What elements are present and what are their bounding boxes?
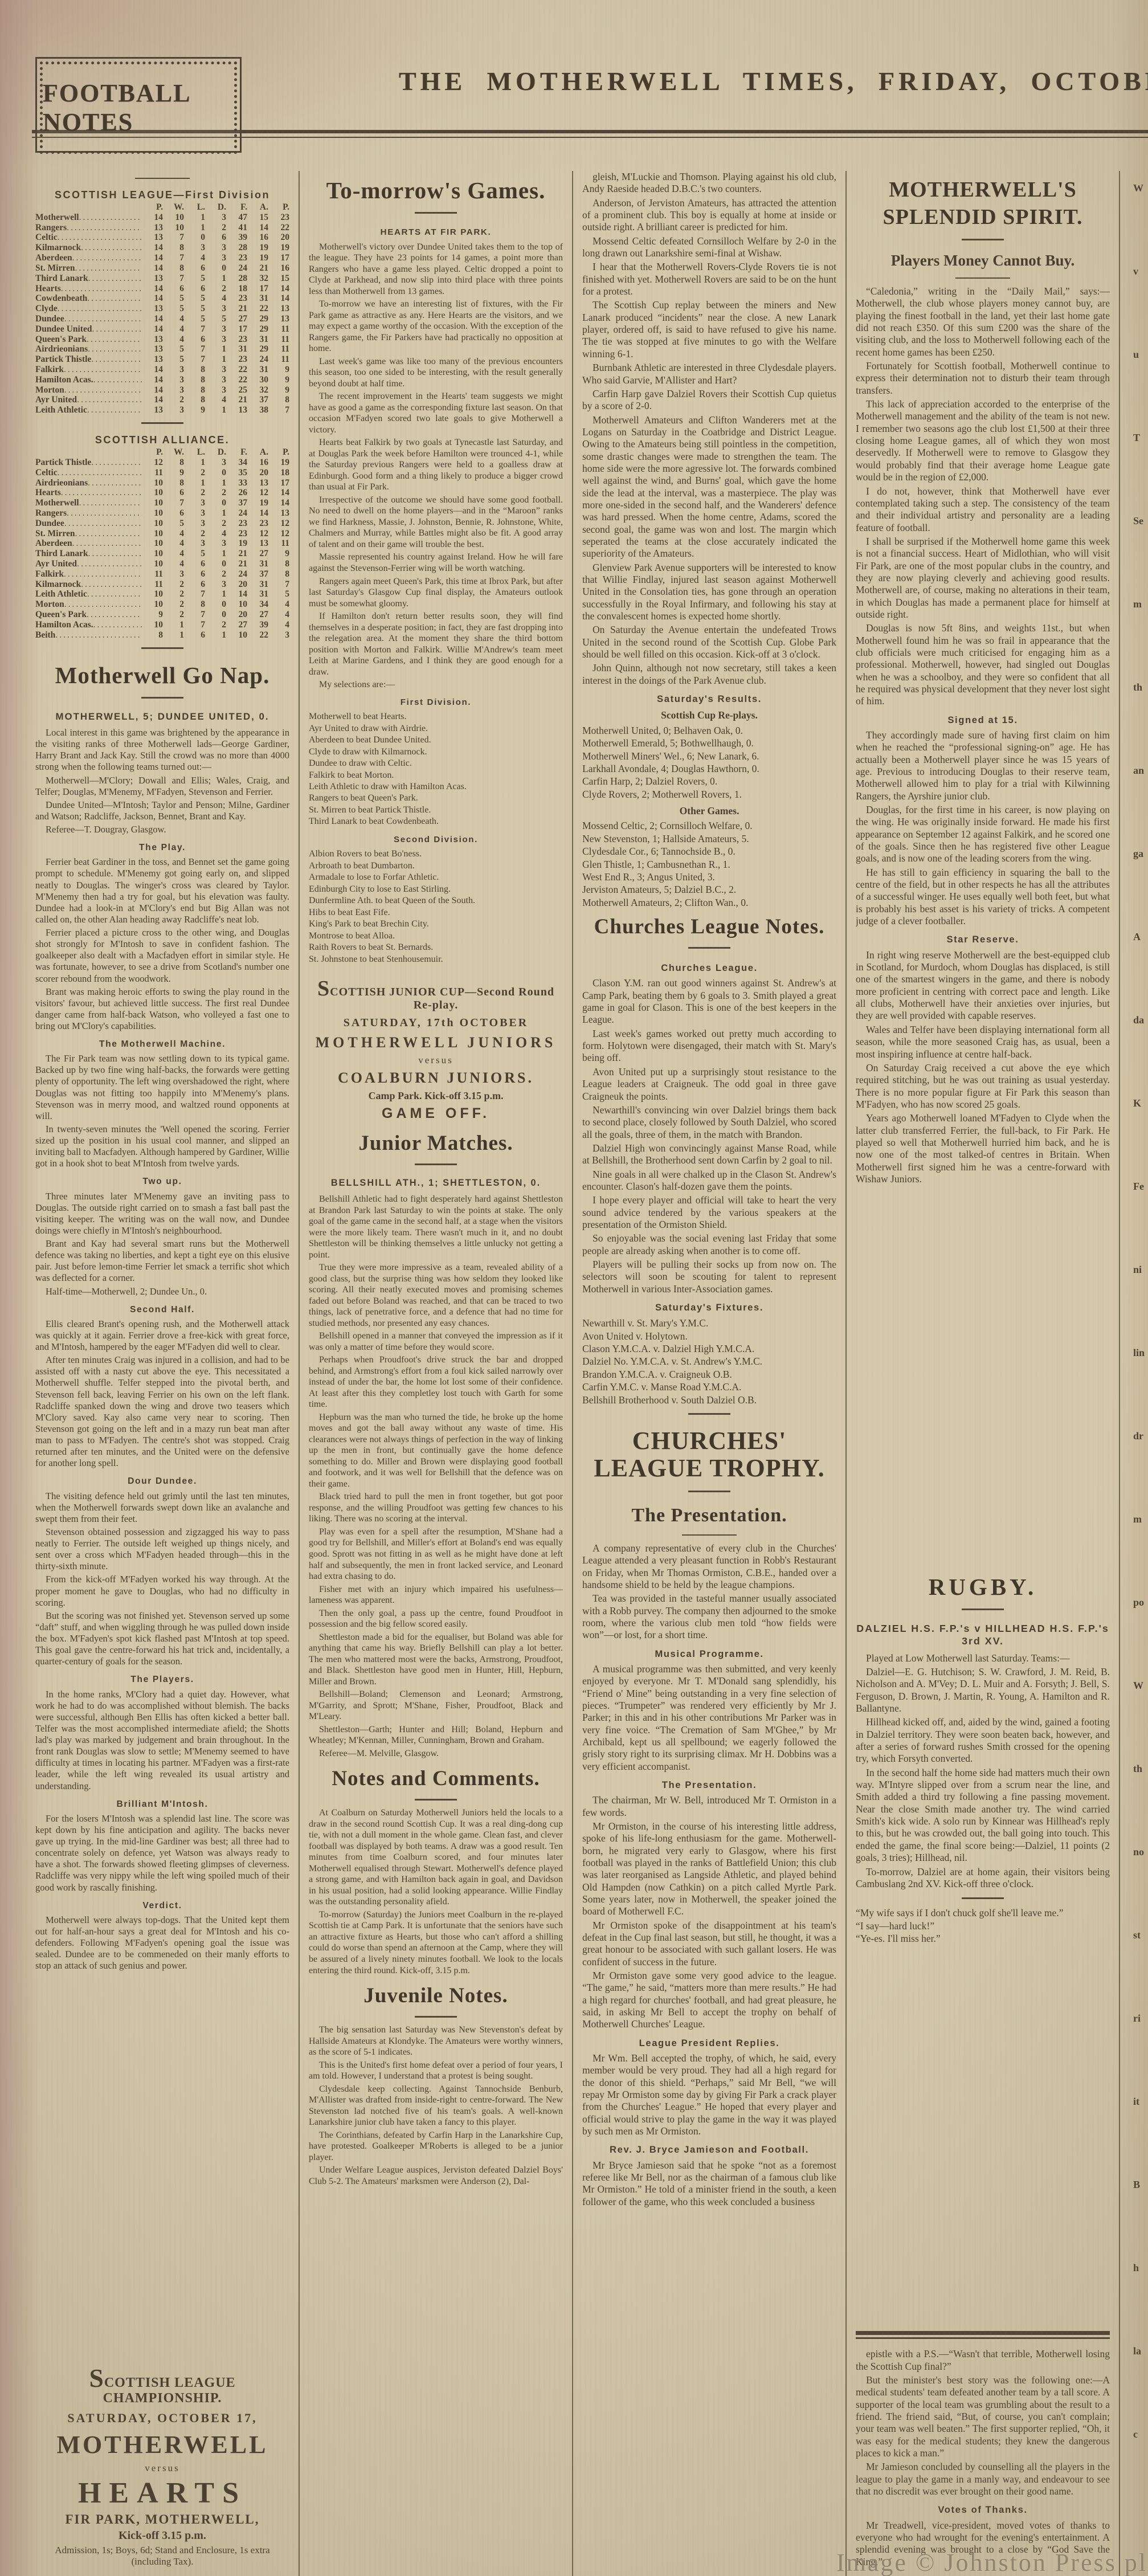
points: 8: [268, 395, 289, 405]
column-header: F.: [226, 447, 247, 458]
lost: 6: [184, 263, 205, 273]
table-row: Leith Athletic1027114315: [35, 589, 289, 599]
text-block: In right wing reserve Motherwell are the…: [856, 949, 1110, 1022]
text-block: Signed at 15.: [856, 715, 1110, 726]
points: 11: [268, 538, 289, 549]
section-header: Notes and Comments.: [309, 1766, 563, 1791]
table-row: Hearts14662181714: [35, 284, 289, 294]
goals-for: 23: [226, 334, 247, 345]
table-row: Ayr United1046021318: [35, 559, 289, 569]
report-block: Half-time—Motherwell, 2; Dundee Un., 0.: [35, 1286, 289, 1297]
goals-against: 31: [247, 589, 268, 599]
edge-fragment: W: [1131, 1680, 1148, 1763]
report-block: The Play.: [35, 842, 289, 853]
played: 14: [142, 213, 163, 223]
goals-against: 32: [247, 385, 268, 395]
edge-fragment: st: [1131, 1929, 1148, 2012]
goals-against: 31: [247, 293, 268, 304]
advert-versus: versus: [35, 2463, 289, 2474]
text-block: To-morrow, Dalziel are at home again, th…: [856, 1866, 1110, 1891]
report-block: Two up.: [35, 1176, 289, 1187]
won: 1: [163, 630, 184, 640]
text-block: Newarthill's convincing win over Dalziel…: [582, 1104, 836, 1141]
text-block: Motherwell to beat Hearts.: [309, 711, 563, 722]
text-block: “My wife says if I don't chuck golf she'…: [856, 1907, 1110, 1919]
drawn: 1: [205, 630, 226, 640]
won: 3: [163, 405, 184, 415]
edge-fragment: th: [1131, 1763, 1148, 1846]
table-row: Queen's Park927020274: [35, 610, 289, 620]
text-block: epistle with a P.S.—“Wasn't that terribl…: [856, 2348, 1110, 2373]
table-row: Hamilton Acas.1017227394: [35, 620, 289, 630]
table-row: Motherwell10730371914: [35, 498, 289, 508]
text-block: Referee—M. Melville, Glasgow.: [309, 1748, 563, 1759]
won: 3: [163, 375, 184, 385]
text-block: New Stevenston, 1; Hallside Amateurs, 5.: [582, 832, 836, 845]
team-name: Falkirk: [35, 365, 64, 375]
report-block: Brant and Kay had several smart runs but…: [35, 1238, 289, 1284]
text-block: Motherwell Miners' Wel., 6; New Lanark, …: [582, 750, 836, 762]
text-block: Motherwell Emerald, 5; Bothwellhaugh, 0.: [582, 737, 836, 749]
table-row: Rangers10631241413: [35, 508, 289, 519]
report-block: Ferrier placed a picture cross to the ot…: [35, 927, 289, 985]
divider: [141, 647, 183, 649]
won: 3: [163, 569, 184, 579]
text-block: Shettleston—Garth; Hunter and Hill; Bola…: [309, 1724, 563, 1746]
section-subhead: HEARTS AT FIR PARK.: [309, 227, 563, 238]
goals-for: 22: [226, 365, 247, 375]
lost: 1: [184, 478, 205, 488]
table-row: Hearts10622261214: [35, 488, 289, 498]
played: 10: [142, 508, 163, 519]
points: 7: [268, 405, 289, 415]
points: 14: [268, 498, 289, 508]
report-block: From the kick-off M'Fadyen worked his wa…: [35, 1574, 289, 1608]
drawn: 0: [205, 610, 226, 620]
table-row: Celtic13706391620: [35, 232, 289, 243]
section-subheader: The Presentation.: [582, 1505, 836, 1526]
text-block: Wales and Telfer have been displaying in…: [856, 1024, 1110, 1060]
edge-fragment: T: [1131, 432, 1148, 515]
column-header: L.: [184, 202, 205, 213]
won: 7: [163, 498, 184, 508]
dot-leader: [64, 314, 142, 324]
goals-against: 17: [247, 284, 268, 294]
team-name: Hearts: [35, 284, 61, 294]
advert-home-team: MOTHERWELL: [35, 2430, 289, 2459]
won: 2: [163, 589, 184, 599]
table-row: Third Lanark1045121279: [35, 549, 289, 559]
text-block: Fisher met with an injury which impaired…: [309, 1584, 563, 1606]
text-block: Played at Low Motherwell last Saturday. …: [856, 1652, 1110, 1664]
won: 2: [163, 610, 184, 620]
text-block: This is the United's first home defeat o…: [309, 2060, 563, 2082]
played: 14: [142, 293, 163, 304]
report-block: In the home ranks, M'Clory had a quiet d…: [35, 1689, 289, 1792]
drawn: 3: [205, 385, 226, 395]
points: 11: [268, 324, 289, 334]
drawn: 3: [205, 213, 226, 223]
dot-leader: [93, 620, 142, 630]
goals-for: 33: [226, 478, 247, 488]
won: 4: [163, 529, 184, 539]
text-block: King's Park to beat Brechin City.: [309, 918, 563, 930]
text-block: Bellshill Athletic had to fight desperat…: [309, 1194, 563, 1260]
text-block: Motherwell's victory over Dundee United …: [309, 242, 563, 297]
goals-against: 29: [247, 324, 268, 334]
points: 14: [268, 284, 289, 294]
played: 10: [142, 488, 163, 498]
text-block: [962, 1897, 1004, 1899]
divider: [415, 1799, 457, 1801]
won: 5: [163, 519, 184, 529]
football-notes-border: FOOTBALL NOTES: [40, 62, 237, 154]
goals-against: 23: [247, 519, 268, 529]
drawn: 0: [205, 468, 226, 478]
goals-against: 19: [247, 253, 268, 263]
text-block: West End R., 3; Angus United, 3.: [582, 871, 836, 883]
text-block: Dalziel High won convincingly against Ma…: [582, 1142, 836, 1167]
advert-venue: FIR PARK, MOTHERWELL,: [35, 2512, 289, 2527]
dot-leader: [88, 344, 142, 354]
drawn: 1: [205, 508, 226, 519]
goals-for: 27: [226, 620, 247, 630]
divider: [415, 2016, 457, 2018]
text-block: Mr Ormiston, in the course of his intere…: [582, 1820, 836, 1918]
column-rule-4: [1119, 171, 1120, 2576]
divider: [688, 1491, 730, 1492]
team-name: Celtic: [35, 232, 58, 243]
text-block: Star Reserve.: [856, 934, 1110, 945]
won: 4: [163, 334, 184, 345]
drawn: 3: [205, 334, 226, 345]
text-block: Aberdeen to beat Dundee United.: [309, 734, 563, 746]
won: 5: [163, 293, 184, 304]
lost: 8: [184, 599, 205, 610]
table-row: Ayr United1428421378: [35, 395, 289, 405]
report-block: Stevenson obtained possession and zigzag…: [35, 1526, 289, 1573]
text-block: Clyde Rovers, 2; Motherwell Rovers, 1.: [582, 788, 836, 801]
divider: [141, 697, 183, 699]
masthead-title: THE MOTHERWELL TIMES, FRIDAY, OCTOBER 1,…: [399, 66, 1148, 96]
lost: 7: [184, 354, 205, 365]
text-block: The Scottish Cup replay between the mine…: [582, 299, 836, 360]
dot-leader: [91, 458, 142, 468]
scan-watermark: Image © Johnston Press plc: [836, 2548, 1148, 2576]
goals-for: 10: [226, 599, 247, 610]
drawn: 2: [205, 569, 226, 579]
won: 5: [163, 304, 184, 314]
text-block: Bellshill Brotherhood v. South Dalziel O…: [582, 1394, 836, 1406]
table-row: Kilmarnock1126320317: [35, 579, 289, 590]
points: 15: [268, 273, 289, 284]
drawn: 1: [205, 344, 226, 354]
lost: 3: [184, 243, 205, 253]
column-header: W.: [163, 447, 184, 458]
table-row: Dundee10532232312: [35, 519, 289, 529]
table-row: Queen's Park13463233111: [35, 334, 289, 345]
goals-against: 16: [247, 458, 268, 468]
table-row: Leith Athletic1339113387: [35, 405, 289, 415]
goals-for: 21: [226, 395, 247, 405]
played: 11: [142, 569, 163, 579]
points: 18: [268, 468, 289, 478]
played: 12: [142, 458, 163, 468]
lost: 3: [184, 519, 205, 529]
lost: 8: [184, 375, 205, 385]
goals-against: 19: [247, 243, 268, 253]
advert-date: SATURDAY, OCTOBER 17,: [35, 2411, 289, 2426]
dot-leader: [55, 630, 142, 640]
lost: 9: [184, 405, 205, 415]
dot-leader: [77, 559, 142, 569]
text-block: Perhaps when Proudfoot's drive struck th…: [309, 1354, 563, 1410]
text-block: On Saturday Craig received a cut above t…: [856, 1062, 1110, 1111]
lost: 7: [184, 610, 205, 620]
lost: 5: [184, 549, 205, 559]
column-football-notes: SCOTTISH LEAGUE—First Division P.W.L.D.F…: [35, 171, 289, 2570]
text-block: Saturday's Results.: [582, 693, 836, 705]
won: 3: [163, 365, 184, 375]
goals-for: 24: [226, 508, 247, 519]
played: 13: [142, 223, 163, 233]
edge-fragment: po: [1131, 1597, 1148, 1680]
text-block: Avon United put up a surprisingly stout …: [582, 1066, 836, 1103]
played: 13: [142, 354, 163, 365]
text-block: Mossend Celtic defeated Cornsilloch Welf…: [582, 235, 836, 260]
text-block: Larkhall Avondale, 4; Douglas Hawthorn, …: [582, 762, 836, 775]
lost: 8: [184, 365, 205, 375]
team-name: Ayr United: [35, 559, 77, 569]
section-subhead: Players Money Cannot Buy.: [856, 252, 1110, 270]
text-block: Mr Bryce Jamieson said that he spoke “no…: [582, 2159, 836, 2208]
edge-fragment: B: [1131, 2179, 1148, 2262]
goals-against: 30: [247, 375, 268, 385]
text-block: Clason Y.M.C.A. v. Dalziel High Y.M.C.A.: [582, 1342, 836, 1355]
won: 8: [163, 458, 184, 468]
dot-leader: [75, 529, 142, 539]
text-block: St. Johnstone to beat Stenhousemuir.: [309, 954, 563, 965]
team-name: Airdrieonians: [35, 344, 88, 354]
played: 14: [142, 243, 163, 253]
section-header: To-morrow's Games.: [309, 177, 563, 204]
column-rule-3: [845, 171, 847, 2576]
dot-leader: [79, 498, 142, 508]
goals-against: 38: [247, 405, 268, 415]
played: 10: [142, 620, 163, 630]
goals-for: 35: [226, 468, 247, 478]
text-block: Dalziel—E. G. Hutchison; S. W. Crawford,…: [856, 1666, 1110, 1714]
football-notes-box: FOOTBALL NOTES: [35, 57, 242, 153]
text-block: Scottish Cup Re-plays.: [582, 709, 836, 721]
lost: 2: [184, 468, 205, 478]
goals-for: 41: [226, 223, 247, 233]
points: 16: [268, 263, 289, 273]
report-block: After ten minutes Craig was injured in a…: [35, 1354, 289, 1469]
goals-against: 14: [247, 508, 268, 519]
played: 10: [142, 519, 163, 529]
rugby-header: RUGBY.: [856, 1573, 1110, 1601]
report-block: Local interest in this game was brighten…: [35, 727, 289, 773]
goals-against: 24: [247, 354, 268, 365]
goals-against: 15: [247, 213, 268, 223]
text-block: To-morrow (Saturday) the Juniors meet Co…: [309, 1909, 563, 1976]
edge-fragment: v: [1131, 266, 1148, 349]
section-header: Churches League Notes.: [582, 915, 836, 939]
played: 10: [142, 478, 163, 488]
drawn: 3: [205, 304, 226, 314]
drawn: 2: [205, 488, 226, 498]
table-row: Motherwell141013471523: [35, 213, 289, 223]
drawn: 3: [205, 538, 226, 549]
edge-fragment: th: [1131, 681, 1148, 765]
points: 9: [268, 385, 289, 395]
text-block: Then the only goal, a pass up the centre…: [309, 1608, 563, 1630]
report-block: The visiting defence held out grimly unt…: [35, 1491, 289, 1525]
text-block: DALZIEL H.S. F.P.'s v HILLHEAD H.S. F.P.…: [856, 1623, 1110, 1648]
dot-leader: [64, 569, 142, 579]
text-block: Motherwell Amateurs and Clifton Wanderer…: [582, 414, 836, 560]
text-block: Third Lanark to beat Cowdenbeath.: [309, 816, 563, 827]
team-name: Hamilton Acas.: [35, 375, 93, 385]
text-block: Last week's game was like too many of th…: [309, 356, 563, 390]
dot-leader: [87, 334, 142, 345]
churches-league-body: Churches League.Clason Y.M. ran out good…: [582, 956, 836, 1406]
drawn: 0: [205, 263, 226, 273]
won: 4: [163, 559, 184, 569]
dot-leader: [64, 365, 142, 375]
drawn: 3: [205, 324, 226, 334]
report-block: Motherwell—M'Clory; Dowall and Ellis; Wa…: [35, 775, 289, 798]
team-name: Queen's Park: [35, 334, 87, 345]
edge-fragment: A: [1131, 931, 1148, 1014]
table-row: Beith816110223: [35, 630, 289, 640]
points: 13: [268, 304, 289, 314]
report-block: Brilliant M'Intosh.: [35, 1799, 289, 1810]
played: 10: [142, 549, 163, 559]
table-row: St. Mirren14860242116: [35, 263, 289, 273]
drawn: 3: [205, 253, 226, 263]
text-block: Glenview Park Avenue supporters will be …: [582, 562, 836, 623]
team-name: Rangers: [35, 508, 67, 519]
text-block: On Saturday the Avenue entertain the und…: [582, 624, 836, 660]
played: 10: [142, 529, 163, 539]
goals-against: 13: [247, 538, 268, 549]
dot-leader: [81, 579, 142, 590]
won: 2: [163, 395, 184, 405]
won: 3: [163, 385, 184, 395]
lost: 3: [184, 538, 205, 549]
won: 5: [163, 354, 184, 365]
dot-leader: [91, 354, 142, 365]
league-table-headers: P.W.L.D.F.A.P.: [35, 202, 289, 213]
column-header: P.: [268, 202, 289, 213]
table-row: Dundee14455272913: [35, 314, 289, 324]
text-block: Motherwell United, 0; Belhaven Oak, 0.: [582, 724, 836, 737]
table-row: Morton1028010344: [35, 599, 289, 610]
text-block: “Caledonia,” writing in the “Daily Mail,…: [856, 285, 1110, 358]
section-header: Junior Matches.: [309, 1131, 563, 1156]
column-rule-2: [572, 171, 573, 2576]
divider: [688, 947, 730, 949]
played: 14: [142, 365, 163, 375]
goals-for: 39: [226, 232, 247, 243]
edge-fragment: ga: [1131, 848, 1148, 931]
goals-for: 21: [226, 549, 247, 559]
points: 9: [268, 549, 289, 559]
report-block: Ellis cleared Brant's opening rush, and …: [35, 1318, 289, 1353]
newspaper-page: THE MOTHERWELL TIMES, FRIDAY, OCTOBER 1,…: [0, 0, 1148, 2576]
text-block: Clyde to draw with Kilmarnock.: [309, 746, 563, 758]
team-name: Morton: [35, 385, 64, 395]
edge-fragment: da: [1131, 1014, 1148, 1097]
text-block: Anderson, of Jerviston Amateurs, has att…: [582, 197, 836, 234]
goals-for: 21: [226, 559, 247, 569]
goals-for: 26: [226, 488, 247, 498]
text-block: Mossend Celtic, 2; Cornsilloch Welfare, …: [582, 819, 836, 832]
dot-leader: [67, 508, 142, 519]
edge-fragment: m: [1131, 1513, 1148, 1597]
report-block: The Motherwell Machine.: [35, 1039, 289, 1050]
drawn: 5: [205, 314, 226, 324]
text-block: Hillhead kicked off, and, aided by the w…: [856, 1716, 1110, 1765]
column-rule-1: [299, 171, 300, 2576]
drawn: 2: [205, 223, 226, 233]
report-block: Motherwell were always top-dogs. That th…: [35, 1914, 289, 1972]
column-header: W.: [163, 202, 184, 213]
text-block: Arbroath to beat Dumbarton.: [309, 860, 563, 872]
advert-date: SATURDAY, 17th OCTOBER: [309, 1016, 563, 1030]
dot-leader: [93, 375, 142, 385]
lost: 5: [184, 293, 205, 304]
goals-for: 18: [226, 284, 247, 294]
won: 10: [163, 223, 184, 233]
team-name: Cowdenbeath: [35, 293, 87, 304]
dot-leader: [81, 243, 142, 253]
column-tomorrows-games: To-morrow's Games. HEARTS AT FIR PARK. M…: [309, 171, 563, 2570]
text-block: Newarthill v. St. Mary's Y.M.C.: [582, 1317, 836, 1329]
report-block: In twenty-seven minutes the 'Well opened…: [35, 1124, 289, 1170]
goals-against: 27: [247, 549, 268, 559]
points: 5: [268, 589, 289, 599]
clipped-edge-column: WvuTSemthangaAdaKFenilindrmpoWthnostriit…: [1131, 182, 1148, 2576]
goals-against: 29: [247, 344, 268, 354]
team-name: Dundee: [35, 519, 64, 529]
text-block: The big sensation last Saturday was New …: [309, 2024, 563, 2058]
dot-leader: [87, 610, 142, 620]
goals-for: 13: [226, 405, 247, 415]
points: 4: [268, 610, 289, 620]
team-name: Partick Thistle: [35, 354, 91, 365]
table-row: Kilmarnock14833281919: [35, 243, 289, 253]
goals-for: 22: [226, 375, 247, 385]
text-block: Douglas is now 5ft 8ins, and weights 11s…: [856, 622, 1110, 707]
section-header: CHURCHES' LEAGUE TROPHY.: [582, 1427, 836, 1483]
goals-for: 14: [226, 589, 247, 599]
played: 10: [142, 589, 163, 599]
played: 10: [142, 559, 163, 569]
drawn: 2: [205, 620, 226, 630]
drawn: 4: [205, 395, 226, 405]
dot-leader: [87, 589, 142, 599]
text-block: Nine goals in all were chalked up in the…: [582, 1169, 836, 1193]
text-block: Mr Ormiston gave some very good advice t…: [582, 1970, 836, 2031]
lost: 2: [184, 488, 205, 498]
junior-match-body: Bellshill Athletic had to fight desperat…: [309, 1194, 563, 1761]
lost: 6: [184, 569, 205, 579]
text-block: Armadale to lose to Forfar Athletic.: [309, 872, 563, 883]
drawn: 0: [205, 559, 226, 569]
